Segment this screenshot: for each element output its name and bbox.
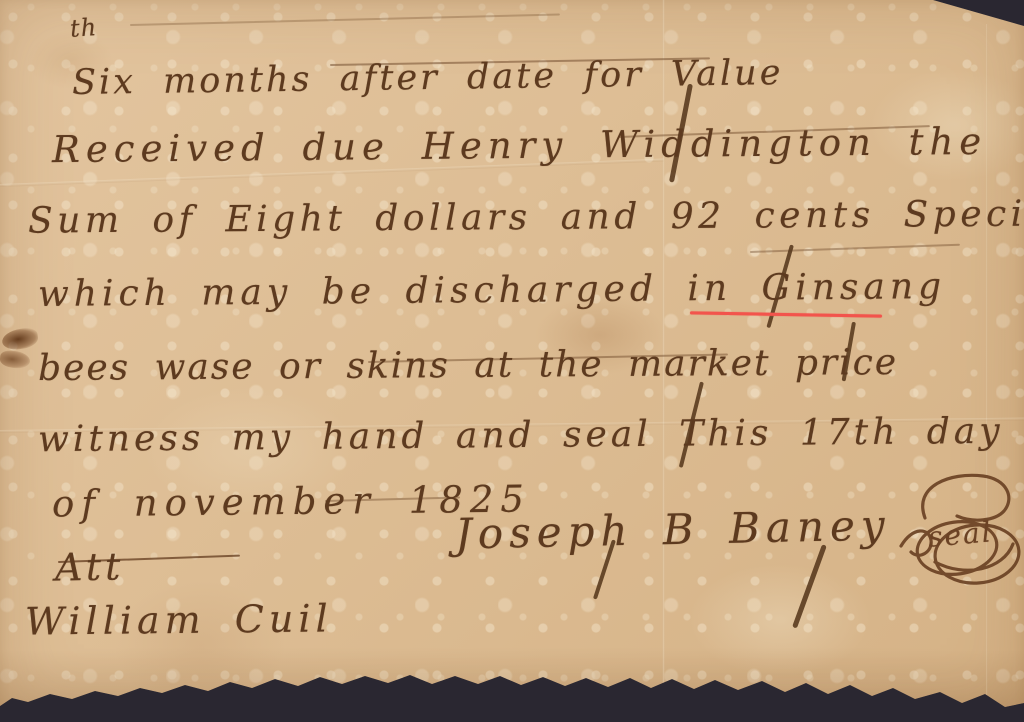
handwritten-line: Received due Henry Widdington the [52,120,988,171]
pen-stroke [750,244,960,253]
handwritten-line: which may be discharged in Ginsang [38,266,946,315]
line-text: which may be discharged in [38,268,762,315]
ink-smudge [0,350,31,370]
pen-stroke-descender [792,544,827,628]
witness-signature-william-cuil: William Cuil [25,596,333,643]
handwritten-line: Sum of Eight dollars and 92 cents Specie [28,193,1024,241]
superscript-note: th [69,13,98,43]
seal-label: seal [927,515,994,554]
ink-smudge [1,327,39,352]
handwritten-line: witness my hand and seal This 17th day [38,411,1004,460]
pen-stroke [130,13,560,26]
document-photo: th Six months after date for Value Recei… [0,0,1024,722]
underlined-word-ginseng: Ginsang [761,266,946,309]
handwritten-line: Six months after date for Value [72,53,784,103]
handwritten-line: bees wase or skins at the market price [38,342,898,389]
signature-joseph-baney: Joseph B Baney [455,500,892,558]
attestation-mark: Att [55,544,125,589]
paper-sheet: th Six months after date for Value Recei… [0,0,1024,722]
red-underline [690,311,882,317]
